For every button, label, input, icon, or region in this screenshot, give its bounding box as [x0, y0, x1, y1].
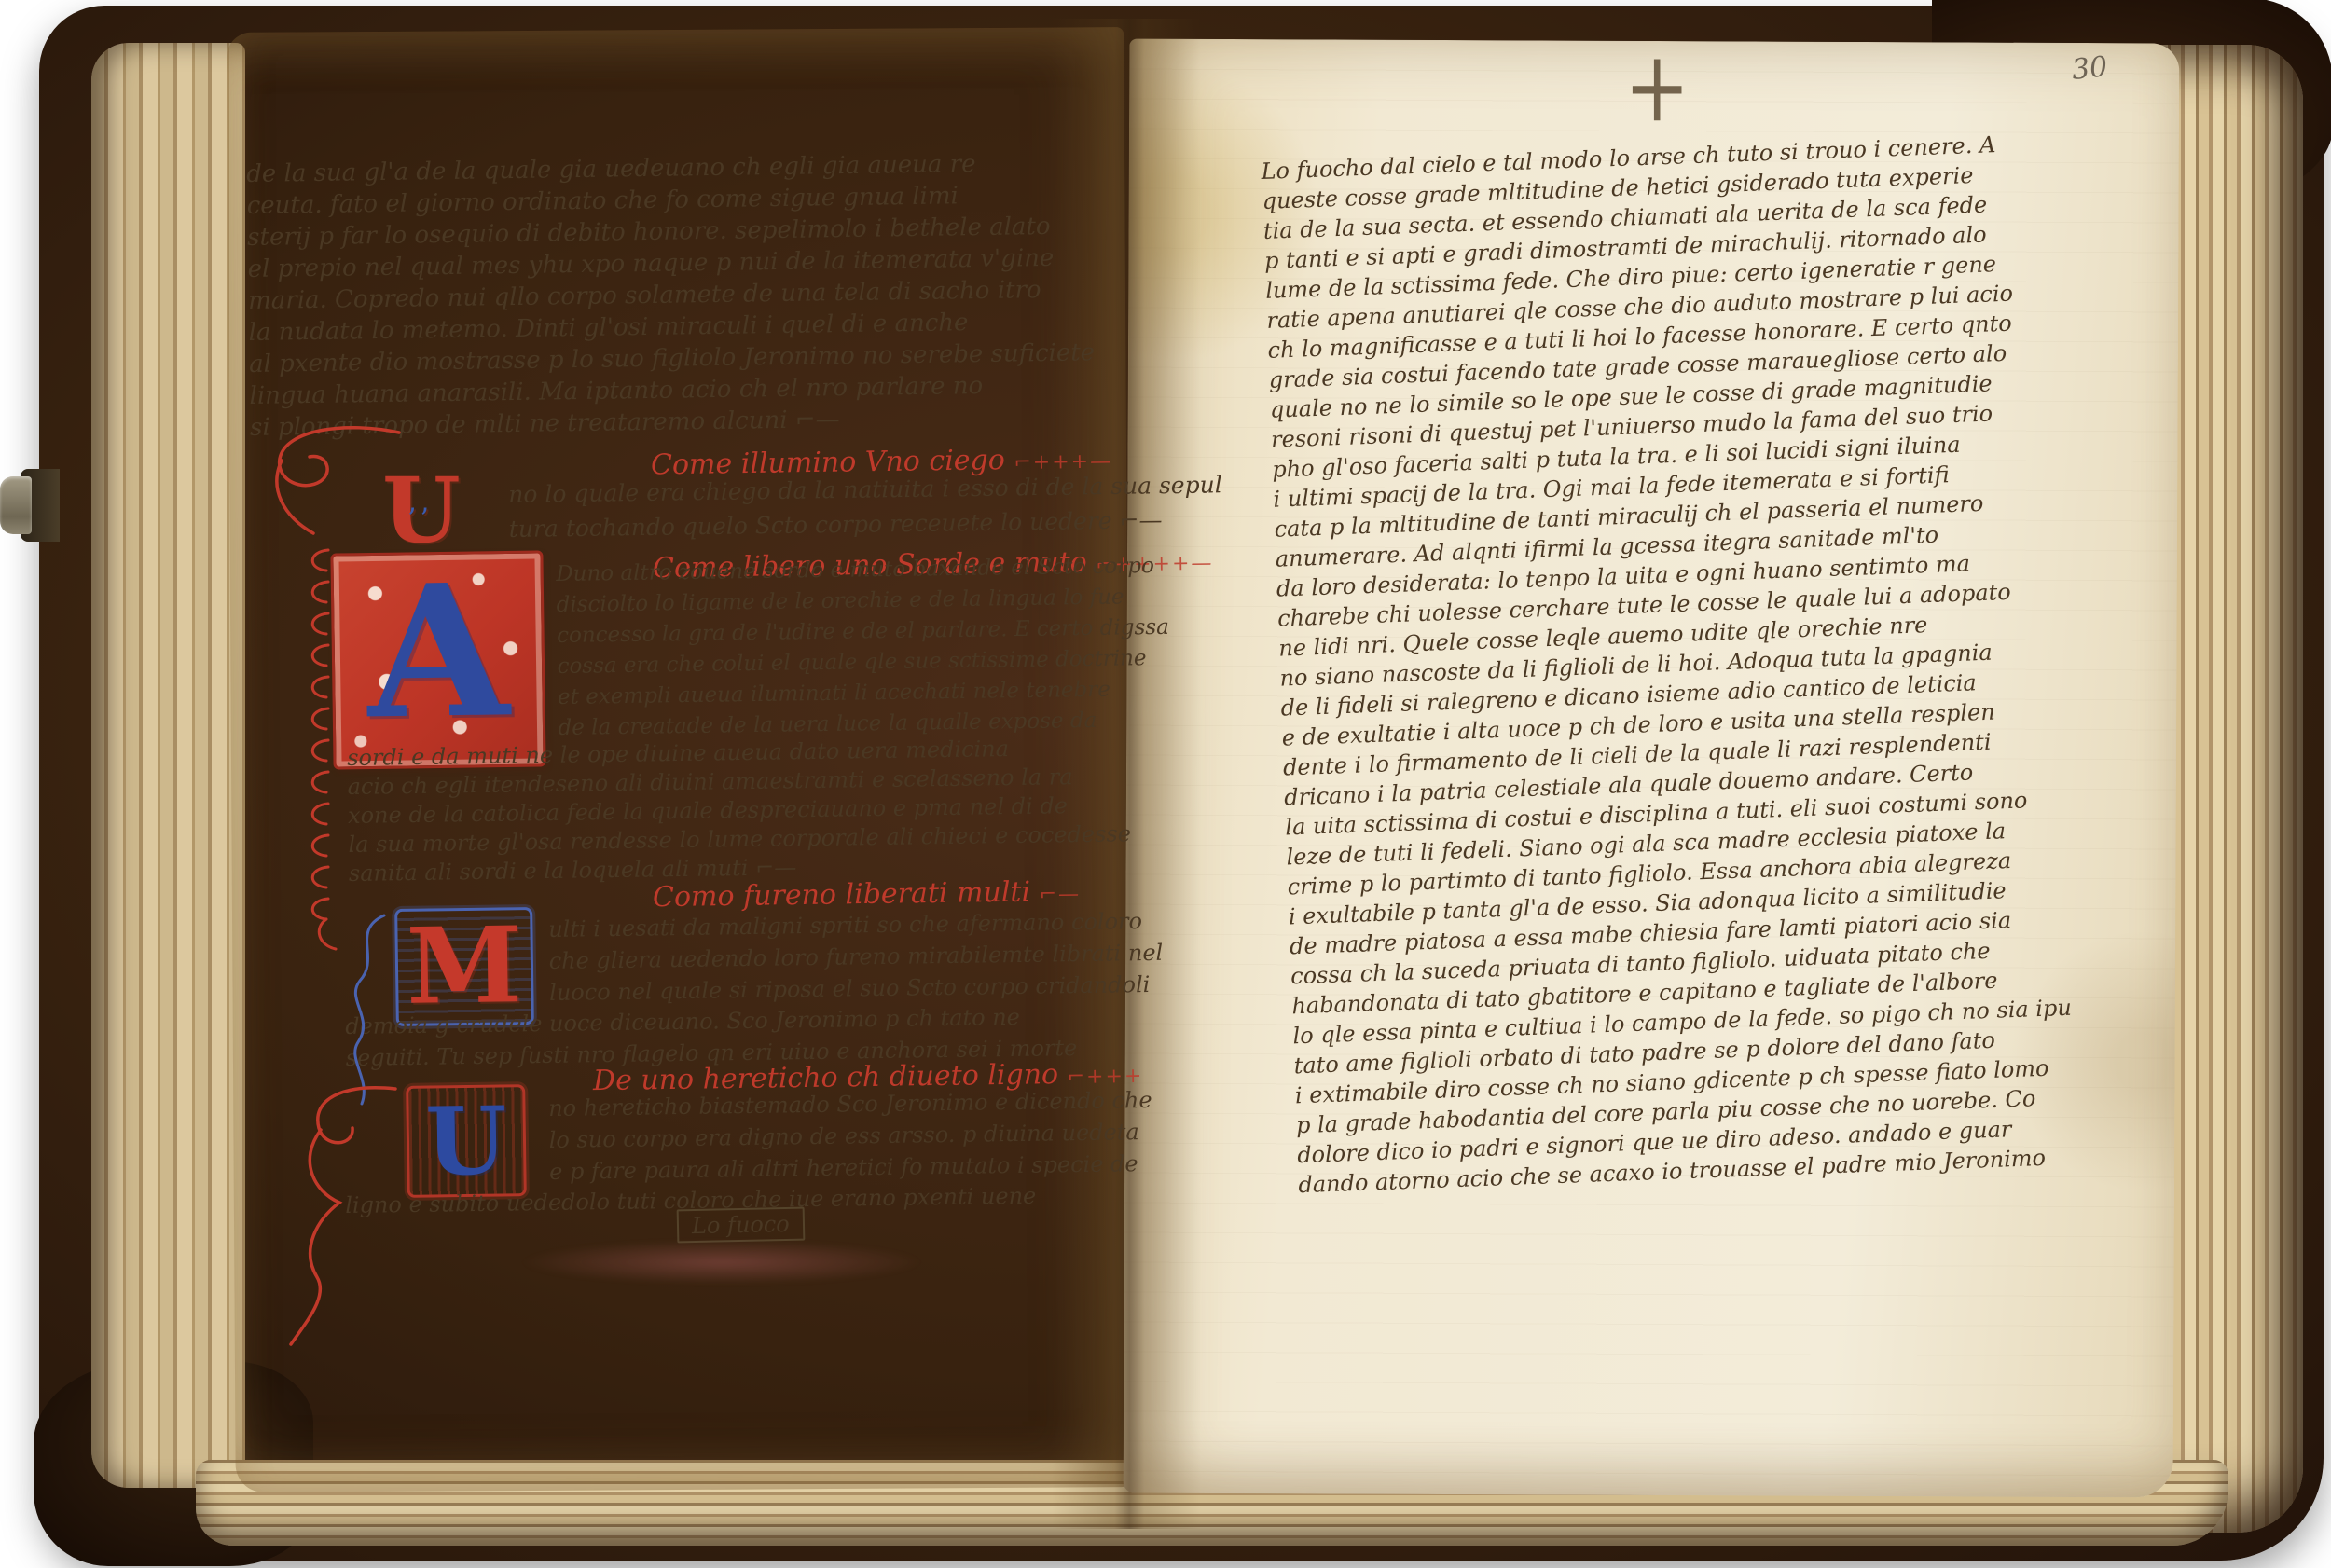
- pink-pigment-smudge: [518, 1240, 925, 1285]
- miracle-possessed-paragraph-indented: ulti i uesati da maligni spriti so che a…: [548, 905, 1164, 1009]
- red-curl-flourish-top: [263, 420, 403, 541]
- page-edges-left: [91, 43, 245, 1488]
- initial-letter: U: [425, 1096, 508, 1186]
- pen-trial-cross-mark: +: [1624, 30, 1690, 144]
- miracle-deaf-mute-paragraph-indented: Duno altro zouene sordo e muto baxando e…: [556, 551, 1170, 744]
- red-flourish-bottom: [285, 1080, 403, 1350]
- initial-letter: A: [366, 543, 510, 759]
- red-filigree-hooks-column: [300, 546, 341, 953]
- rubric-line-filler: ⌐—: [1039, 883, 1081, 907]
- photo-canvas: de la sua gl'a de la quale gia uedeuano …: [0, 0, 2331, 1568]
- initial-letter: M: [406, 919, 522, 1014]
- folio-number: 30: [2070, 50, 2109, 87]
- clasp-metal: [0, 476, 32, 534]
- miracle-blind-paragraph: no lo quale era chiego da la natiuita i …: [508, 467, 1222, 546]
- left-intro-paragraph: de la sua gl'a de la quale gia uedeuano …: [246, 146, 1096, 444]
- catchword-box: Lo fuoco: [677, 1207, 805, 1244]
- heretic-paragraph-indented: no hereticho biastemado Sco Jeronimo e d…: [548, 1084, 1153, 1188]
- book-clasp: [0, 463, 60, 547]
- illuminated-initial-a-panel: A: [330, 550, 545, 769]
- decorated-initial-u-blue: U: [406, 1084, 527, 1198]
- miracle-deaf-mute-paragraph-full: sordi e da muti ne le ope diuine aueua d…: [347, 733, 1132, 888]
- right-page-text-block: Lo fuocho dal cielo e tal modo lo arse c…: [1261, 129, 2053, 1200]
